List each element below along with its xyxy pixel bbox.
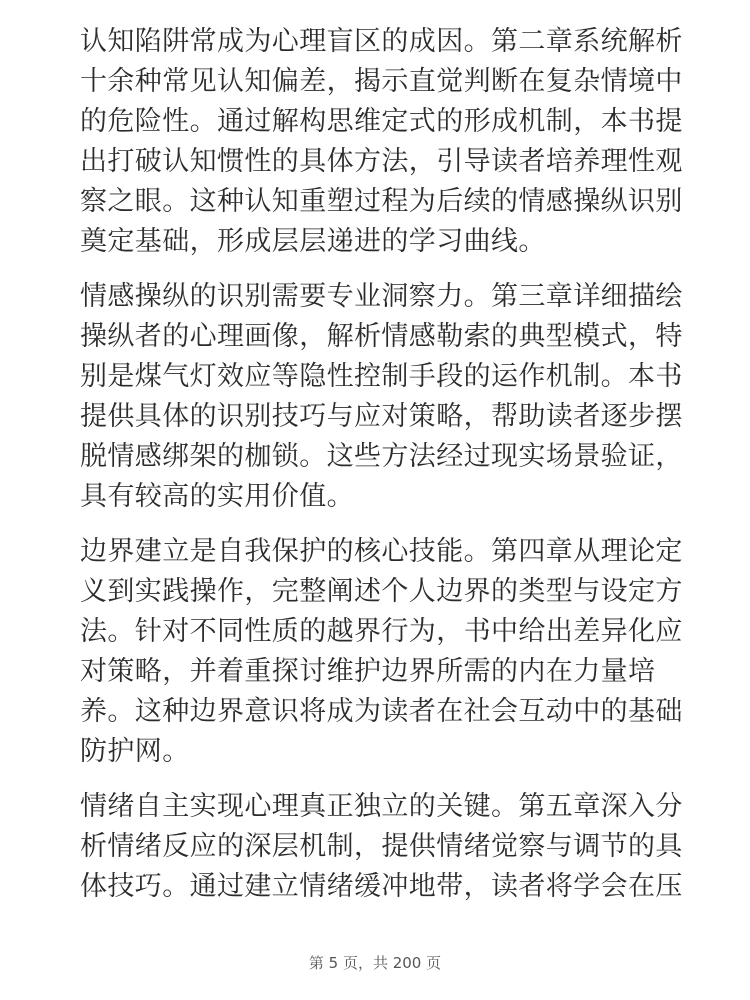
paragraph-emotional-manipulation: 情感操纵的识别需要专业洞察力。第三章详细描绘 操纵者的心理画像，解析情感勒索的典… (80, 277, 700, 517)
paragraph-boundaries: 边界建立是自我保护的核心技能。第四章从理论定 义到实践操作，完整阐述个人边界的类… (80, 532, 700, 772)
text-line: 防护网。 (80, 732, 700, 772)
text-line: 析情绪反应的深层机制，提供情绪觉察与调节的具 (80, 827, 700, 867)
page-indicator: 第 5 页，共 200 页 (0, 952, 750, 973)
text-line: 十余种常见认知偏差，揭示直觉判断在复杂情境中 (80, 62, 700, 102)
text-line: 察之眼。这种认知重塑过程为后续的情感操纵识别 (80, 182, 700, 222)
text-line: 奠定基础，形成层层递进的学习曲线。 (80, 222, 700, 262)
text-line: 脱情感绑架的枷锁。这些方法经过现实场景验证， (80, 437, 700, 477)
text-line: 认知陷阱常成为心理盲区的成因。第二章系统解析 (80, 22, 700, 62)
paragraph-emotional-autonomy: 情绪自主实现心理真正独立的关键。第五章深入分 析情绪反应的深层机制，提供情绪觉察… (80, 787, 700, 907)
text-line: 养。这种边界意识将成为读者在社会互动中的基础 (80, 692, 700, 732)
text-line: 出打破认知惯性的具体方法，引导读者培养理性观 (80, 142, 700, 182)
text-line: 情感操纵的识别需要专业洞察力。第三章详细描绘 (80, 277, 700, 317)
text-line: 操纵者的心理画像，解析情感勒索的典型模式，特 (80, 317, 700, 357)
text-line: 法。针对不同性质的越界行为，书中给出差异化应 (80, 612, 700, 652)
document-page: 认知陷阱常成为心理盲区的成因。第二章系统解析 十余种常见认知偏差，揭示直觉判断在… (80, 22, 700, 922)
text-line: 别是煤气灯效应等隐性控制手段的运作机制。本书 (80, 357, 700, 397)
text-line: 边界建立是自我保护的核心技能。第四章从理论定 (80, 532, 700, 572)
text-line: 提供具体的识别技巧与应对策略，帮助读者逐步摆 (80, 397, 700, 437)
text-line: 的危险性。通过解构思维定式的形成机制，本书提 (80, 102, 700, 142)
text-line: 对策略，并着重探讨维护边界所需的内在力量培 (80, 652, 700, 692)
paragraph-cognitive-traps: 认知陷阱常成为心理盲区的成因。第二章系统解析 十余种常见认知偏差，揭示直觉判断在… (80, 22, 700, 262)
text-line: 情绪自主实现心理真正独立的关键。第五章深入分 (80, 787, 700, 827)
text-line: 体技巧。通过建立情绪缓冲地带，读者将学会在压 (80, 867, 700, 907)
text-line: 具有较高的实用价值。 (80, 477, 700, 517)
text-line: 义到实践操作，完整阐述个人边界的类型与设定方 (80, 572, 700, 612)
